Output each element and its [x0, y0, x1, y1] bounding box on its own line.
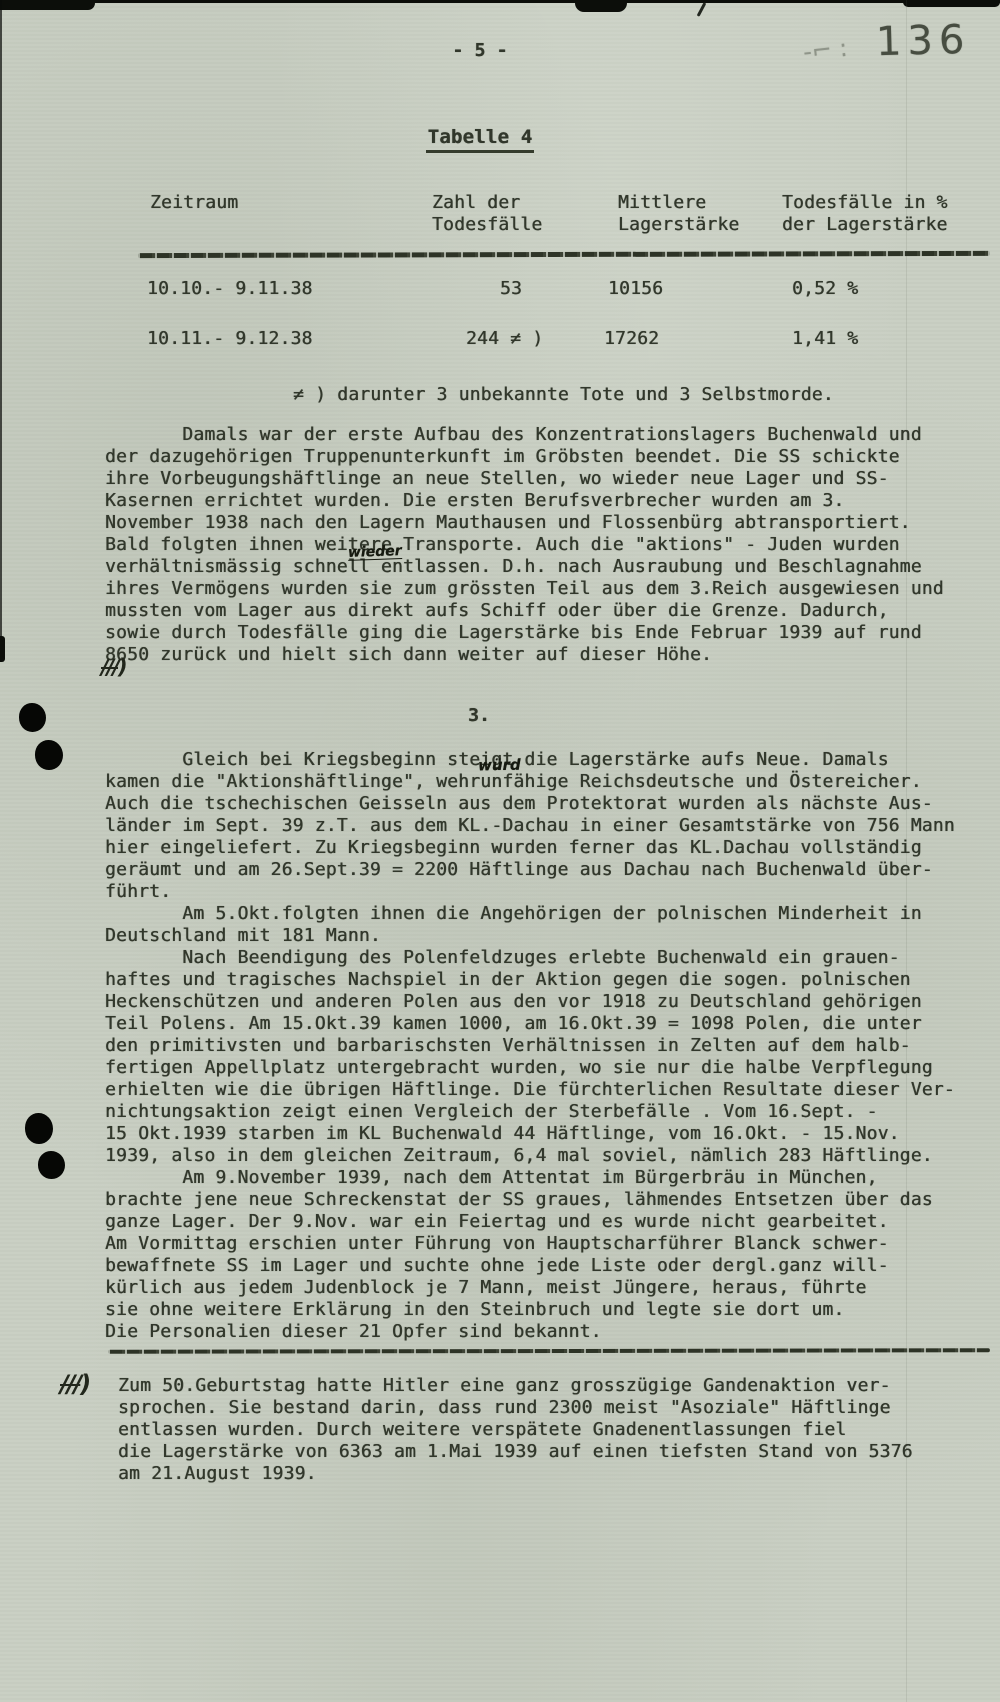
- table-row-period: 10.10.- 9.11.38: [147, 278, 313, 300]
- punch-hole: [38, 1151, 65, 1179]
- footnote-sigil: ///): [60, 1370, 89, 1398]
- handwritten-insertion-wieder: wieder: [348, 545, 402, 561]
- footnote-text: Zum 50.Geburtstag hatte Hitler eine ganz…: [118, 1375, 990, 1485]
- table-row-strength: 17262: [604, 328, 659, 350]
- table-footnote-marker: ≠ ): [293, 384, 326, 405]
- body-paragraph-5: Am 9.November 1939, nach dem Attentat im…: [105, 1167, 1000, 1343]
- table-row-deaths: 244 ≠ ): [466, 328, 543, 350]
- pencil-mark: -⌐ :: [802, 34, 849, 66]
- table-row-period: 10.11.- 9.12.38: [147, 328, 313, 350]
- table-row-rate: 1,41 %: [792, 328, 858, 350]
- body-paragraph-1: Damals war der erste Aufbau des Konzentr…: [105, 424, 1000, 666]
- table-header-todesfaelle: Zahl der Todesfälle: [432, 192, 542, 236]
- table-footnote-space: [326, 384, 337, 405]
- body-paragraph-2: Gleich bei Kriegsbeginn steigt die Lager…: [105, 749, 1000, 903]
- table-title-row: Tabelle 4: [0, 126, 960, 153]
- pen-tick-top: [697, 2, 707, 17]
- table-title: Tabelle 4: [426, 126, 535, 153]
- scan-edge-blob-center: [575, 0, 627, 12]
- punch-hole: [25, 1113, 53, 1144]
- table-row-rate: 0,52 %: [792, 278, 858, 300]
- footnote-sigil-paren: ): [80, 1370, 89, 1398]
- section-heading: 3.: [468, 705, 490, 727]
- table-footnote: ≠ ) darunter 3 unbekannte Tote und 3 Sel…: [293, 384, 834, 406]
- scan-edge-left: [0, 0, 2, 640]
- table-header-rate: Todesfälle in % der Lagerstärke: [782, 192, 948, 236]
- table-row-strength: 10156: [608, 278, 663, 300]
- scan-edge-blob-right: [903, 0, 1000, 7]
- archive-page-stamp: 136: [875, 17, 971, 65]
- body-text-block: Gleich bei Kriegsbeginn steigt die Lager…: [105, 749, 1000, 1343]
- scan-edge-left-tick: [0, 636, 5, 662]
- footnote-sigil-slashes: ///: [60, 1370, 80, 1398]
- table-header-lagerstaerke: Mittlere Lagerstärke: [618, 192, 739, 236]
- scan-edge-blob-left: [0, 0, 95, 10]
- handwritten-correction-wuerd: würd: [478, 758, 521, 773]
- table-header-rule: [138, 251, 990, 258]
- scanned-document-page: - 5 - -⌐ : 136 Tabelle 4 Zeitraum Zahl d…: [0, 0, 1000, 1702]
- table-footnote-text: darunter 3 unbekannte Tote und 3 Selbstm…: [337, 384, 834, 405]
- body-paragraph-3: Am 5.Okt.folgten ihnen die Angehörigen d…: [105, 903, 1000, 947]
- body-paragraph-4: Nach Beendigung des Polenfeldzuges erleb…: [105, 947, 1000, 1167]
- table-header-zeitraum: Zeitraum: [150, 192, 238, 214]
- scan-edge-top: [0, 0, 1000, 3]
- footnote-divider: [108, 1348, 990, 1354]
- footnote-sigil: ///): [101, 655, 126, 679]
- footnote-sigil-slashes: ///: [101, 655, 118, 679]
- punch-hole: [19, 703, 46, 732]
- table-row-deaths: 53: [500, 278, 522, 300]
- punch-hole: [35, 740, 63, 770]
- footnote-sigil-paren: ): [118, 655, 126, 679]
